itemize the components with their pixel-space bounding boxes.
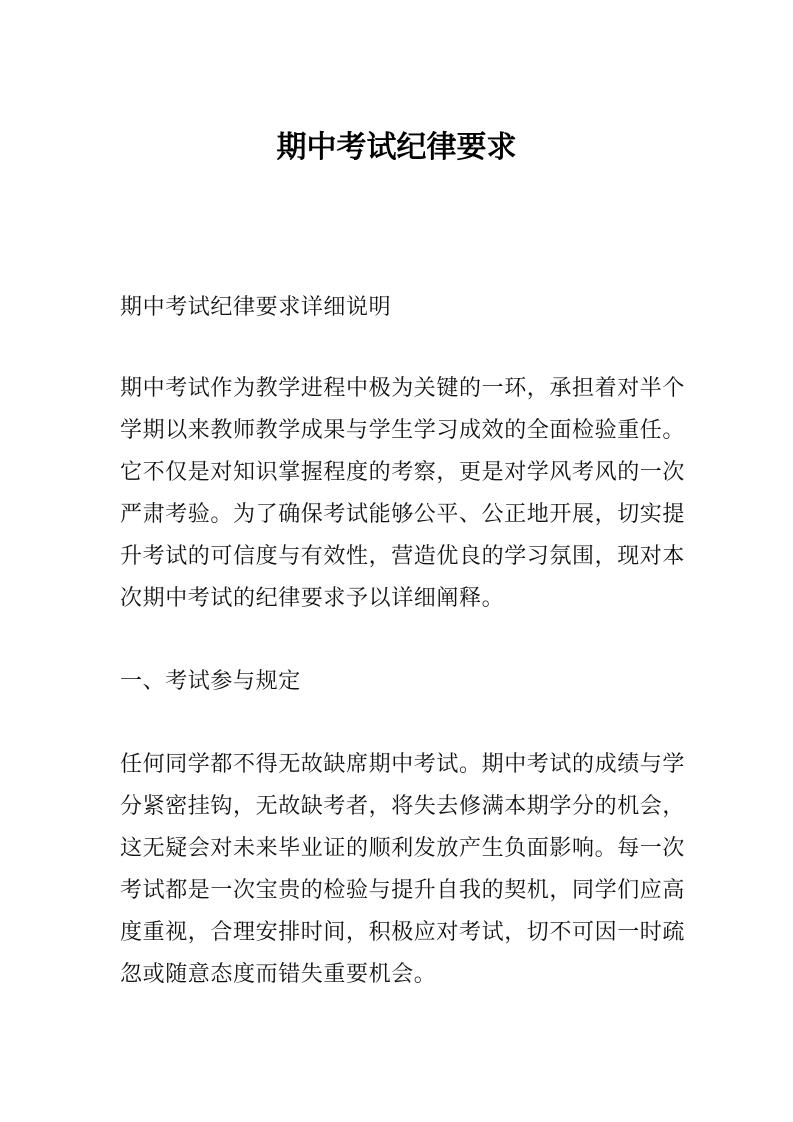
- paragraph-line: 考试都是一次宝贵的检验与提升自我的契机，同学们应高: [120, 877, 685, 905]
- paragraph-line: 忽或随意态度而错失重要机会。: [120, 961, 436, 989]
- paragraph-line: 这无疑会对未来毕业证的顺利发放产生负面影响。每一次: [120, 835, 685, 863]
- paragraph-line: 度重视，合理安排时间，积极应对考试，切不可因一时疏: [120, 919, 685, 947]
- paragraph-line: 任何同学都不得无故缺席期中考试。期中考试的成绩与学: [120, 751, 685, 779]
- paragraph-line: 严肃考验。为了确保考试能够公平、公正地开展，切实提: [120, 501, 685, 529]
- document-title: 期中考试纪律要求: [0, 128, 793, 168]
- section-heading: 一、考试参与规定: [120, 668, 301, 696]
- paragraph-line: 它不仅是对知识掌握程度的考察，更是对学风考风的一次: [120, 459, 685, 487]
- document-subtitle: 期中考试纪律要求详细说明: [120, 294, 391, 322]
- document-page: 期中考试纪律要求 期中考试纪律要求详细说明 期中考试作为教学进程中极为关键的一环…: [0, 0, 793, 1122]
- paragraph-line: 升考试的可信度与有效性，营造优良的学习氛围，现对本: [120, 543, 685, 571]
- paragraph-line: 次期中考试的纪律要求予以详细阐释。: [120, 585, 504, 613]
- paragraph-line: 分紧密挂钩，无故缺考者，将失去修满本期学分的机会，: [120, 793, 685, 821]
- paragraph-line: 期中考试作为教学进程中极为关键的一环，承担着对半个: [120, 375, 685, 403]
- paragraph-line: 学期以来教师教学成果与学生学习成效的全面检验重任。: [120, 417, 685, 445]
